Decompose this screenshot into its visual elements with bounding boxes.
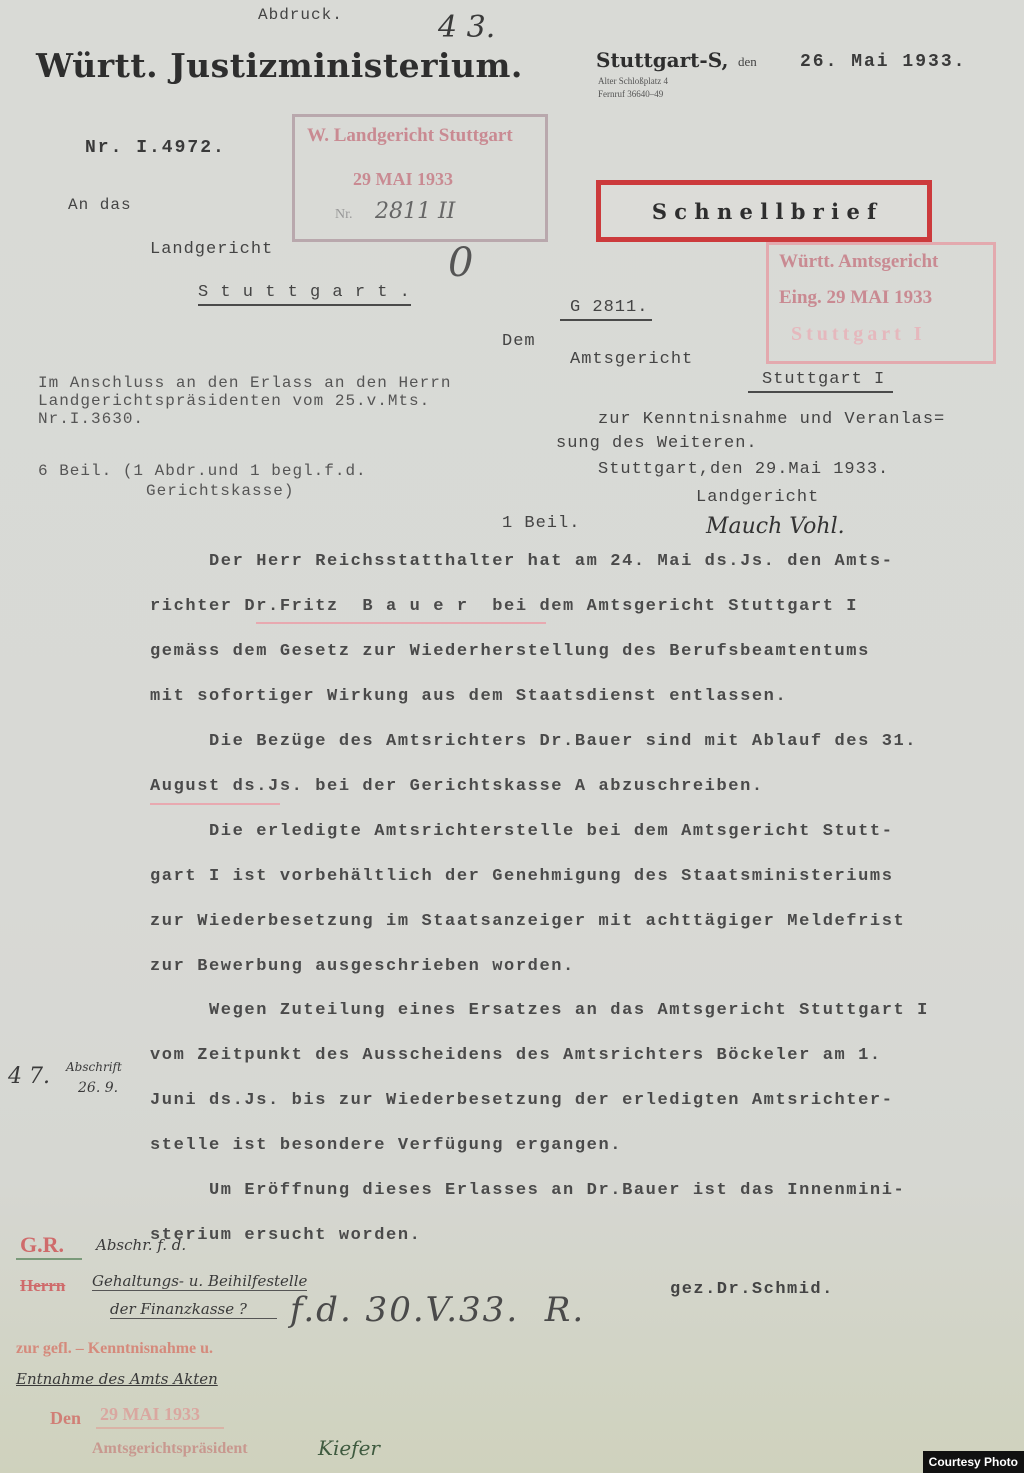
body-line: Um Eröffnung dieses Erlasses an Dr.Bauer…: [150, 1181, 905, 1200]
handwritten-reference: 4 3.: [438, 10, 495, 45]
forwarding-attachments: 1 Beil.: [502, 514, 580, 533]
body-line: gart I ist vorbehältlich der Genehmigung…: [150, 867, 894, 886]
handwritten-mark: 0: [448, 240, 473, 286]
stamp-den-label: Den: [50, 1408, 81, 1429]
schnellbrief-label: S c h n e l l b r i e f: [601, 199, 927, 224]
preamble-line-2: Landgerichtspräsidenten vom 25.v.Mts.: [38, 392, 430, 410]
preamble-line-3: Nr.I.3630.: [38, 410, 144, 428]
received-stamp-amtsgericht: Württ. Amtsgericht Eing. 29 MAI 1933 Stu…: [766, 242, 996, 364]
margin-note-number: 4 7.: [8, 1064, 50, 1089]
stamp-divider: [16, 1258, 82, 1260]
amtsgericht-stamp-date: Eing. 29 MAI 1933: [779, 287, 932, 309]
letterhead-address: Alter Schloßplatz 4: [598, 76, 668, 86]
recipient-name: Landgericht: [150, 240, 273, 259]
recipient-city: S t u t t g a r t .: [198, 283, 411, 306]
preamble-line-1: Im Anschluss an den Erlass an den Herrn: [38, 374, 451, 392]
letterhead-phone: Fernruf 36640–49: [598, 89, 663, 99]
copy-mark: Abdruck.: [258, 6, 343, 24]
body-line: Der Herr Reichsstatthalter hat am 24. Ma…: [150, 552, 894, 571]
letter-date: 26. Mai 1933.: [800, 52, 966, 72]
stamp-date: 29 MAI 1933: [353, 169, 453, 190]
reference-number: Nr. I.4972.: [85, 138, 226, 158]
red-underline: [150, 803, 280, 805]
margin-note-date: 26. 9.: [78, 1080, 118, 1096]
letterhead-city: Stuttgart-S,: [596, 48, 728, 72]
forwarding-issuer: Landgericht: [696, 488, 819, 507]
stamp-gr: G.R.: [20, 1232, 64, 1258]
photo-credit: Courtesy Photo: [923, 1451, 1024, 1473]
stamp-handwriting-3: der Finanzkasse ?: [110, 1300, 277, 1319]
handwritten-initials: f.d. 30.V.33. R.: [290, 1290, 585, 1330]
stamp-court-name: W. Landgericht Stuttgart: [307, 125, 513, 147]
schnellbrief-box: S c h n e l l b r i e f: [596, 180, 932, 242]
enclosures-line-2: Gerichtskasse): [146, 482, 294, 500]
margin-note-text: Abschrift: [66, 1060, 122, 1074]
forwarding-court-city: Stuttgart I: [748, 370, 893, 393]
body-line: vom Zeitpunkt des Ausscheidens des Amtsr…: [150, 1046, 882, 1065]
enclosures-line-1: 6 Beil. (1 Abdr.und 1 begl.f.d.: [38, 462, 367, 480]
stamp-handwriting-1: Abschr. f. d.: [96, 1236, 186, 1254]
body-line: stelle ist besondere Verfügung ergangen.: [150, 1136, 622, 1155]
forwarding-dem: Dem: [502, 332, 536, 351]
body-line: Die Bezüge des Amtsrichters Dr.Bauer sin…: [150, 732, 917, 751]
red-underline: [256, 622, 546, 624]
president-signature: Kiefer: [318, 1436, 380, 1460]
body-line: Wegen Zuteilung eines Ersatzes an das Am…: [150, 1001, 929, 1020]
forwarding-purpose-2: sung des Weiteren.: [556, 434, 758, 453]
typed-signature: gez.Dr.Schmid.: [670, 1280, 834, 1299]
forwarding-signature: Mauch Vohl.: [706, 514, 845, 539]
stamp-den-date: 29 MAI 1933: [96, 1404, 224, 1429]
body-line: mit sofortiger Wirkung aus dem Staatsdie…: [150, 687, 787, 706]
ministry-letterhead: Württ. Justizministerium.: [36, 46, 523, 85]
recipient-prefix: An das: [68, 196, 132, 214]
letterhead-den: den: [738, 54, 757, 70]
stamp-nr-value: 2811 II: [375, 199, 455, 224]
body-line: Die erledigte Amtsrichterstelle bei dem …: [150, 822, 894, 841]
stamp-president: Amtsgerichtspräsident: [92, 1440, 248, 1458]
forwarding-court: Amtsgericht: [570, 350, 693, 369]
body-line: gemäss dem Gesetz zur Wiederherstellung …: [150, 642, 870, 661]
body-line: zur Bewerbung ausgeschrieben worden.: [150, 957, 575, 976]
body-line: richter Dr.Fritz B a u e r bei dem Amtsg…: [150, 597, 858, 616]
amtsgericht-stamp-name: Württ. Amtsgericht: [779, 251, 938, 273]
forwarding-purpose-1: zur Kenntnisnahme und Veranlas=: [598, 410, 945, 429]
body-line: August ds.Js. bei der Gerichtskasse A ab…: [150, 777, 764, 796]
file-number: G 2811.: [560, 298, 652, 321]
body-line: sterium ersucht worden.: [150, 1226, 421, 1245]
received-stamp-landgericht: W. Landgericht Stuttgart 29 MAI 1933 Nr.…: [292, 114, 548, 242]
stamp-handwriting-2: Gehaltungs- u. Beihilfestelle: [92, 1272, 307, 1291]
body-line: zur Wiederbesetzung im Staatsanzeiger mi…: [150, 912, 905, 931]
stamp-herrn: Herrn: [20, 1276, 65, 1296]
amtsgericht-stamp-city: Stuttgart I: [791, 323, 926, 346]
forwarding-place-date: Stuttgart,den 29.Mai 1933.: [598, 460, 889, 479]
stamp-nr-label: Nr.: [335, 207, 353, 223]
stamp-kenntnis: zur gefl. – Kenntnisnahme u.: [16, 1340, 213, 1358]
stamp-handwriting-4: Entnahme des Amts Akten: [16, 1370, 218, 1388]
body-line: Juni ds.Js. bis zur Wiederbesetzung der …: [150, 1091, 894, 1110]
